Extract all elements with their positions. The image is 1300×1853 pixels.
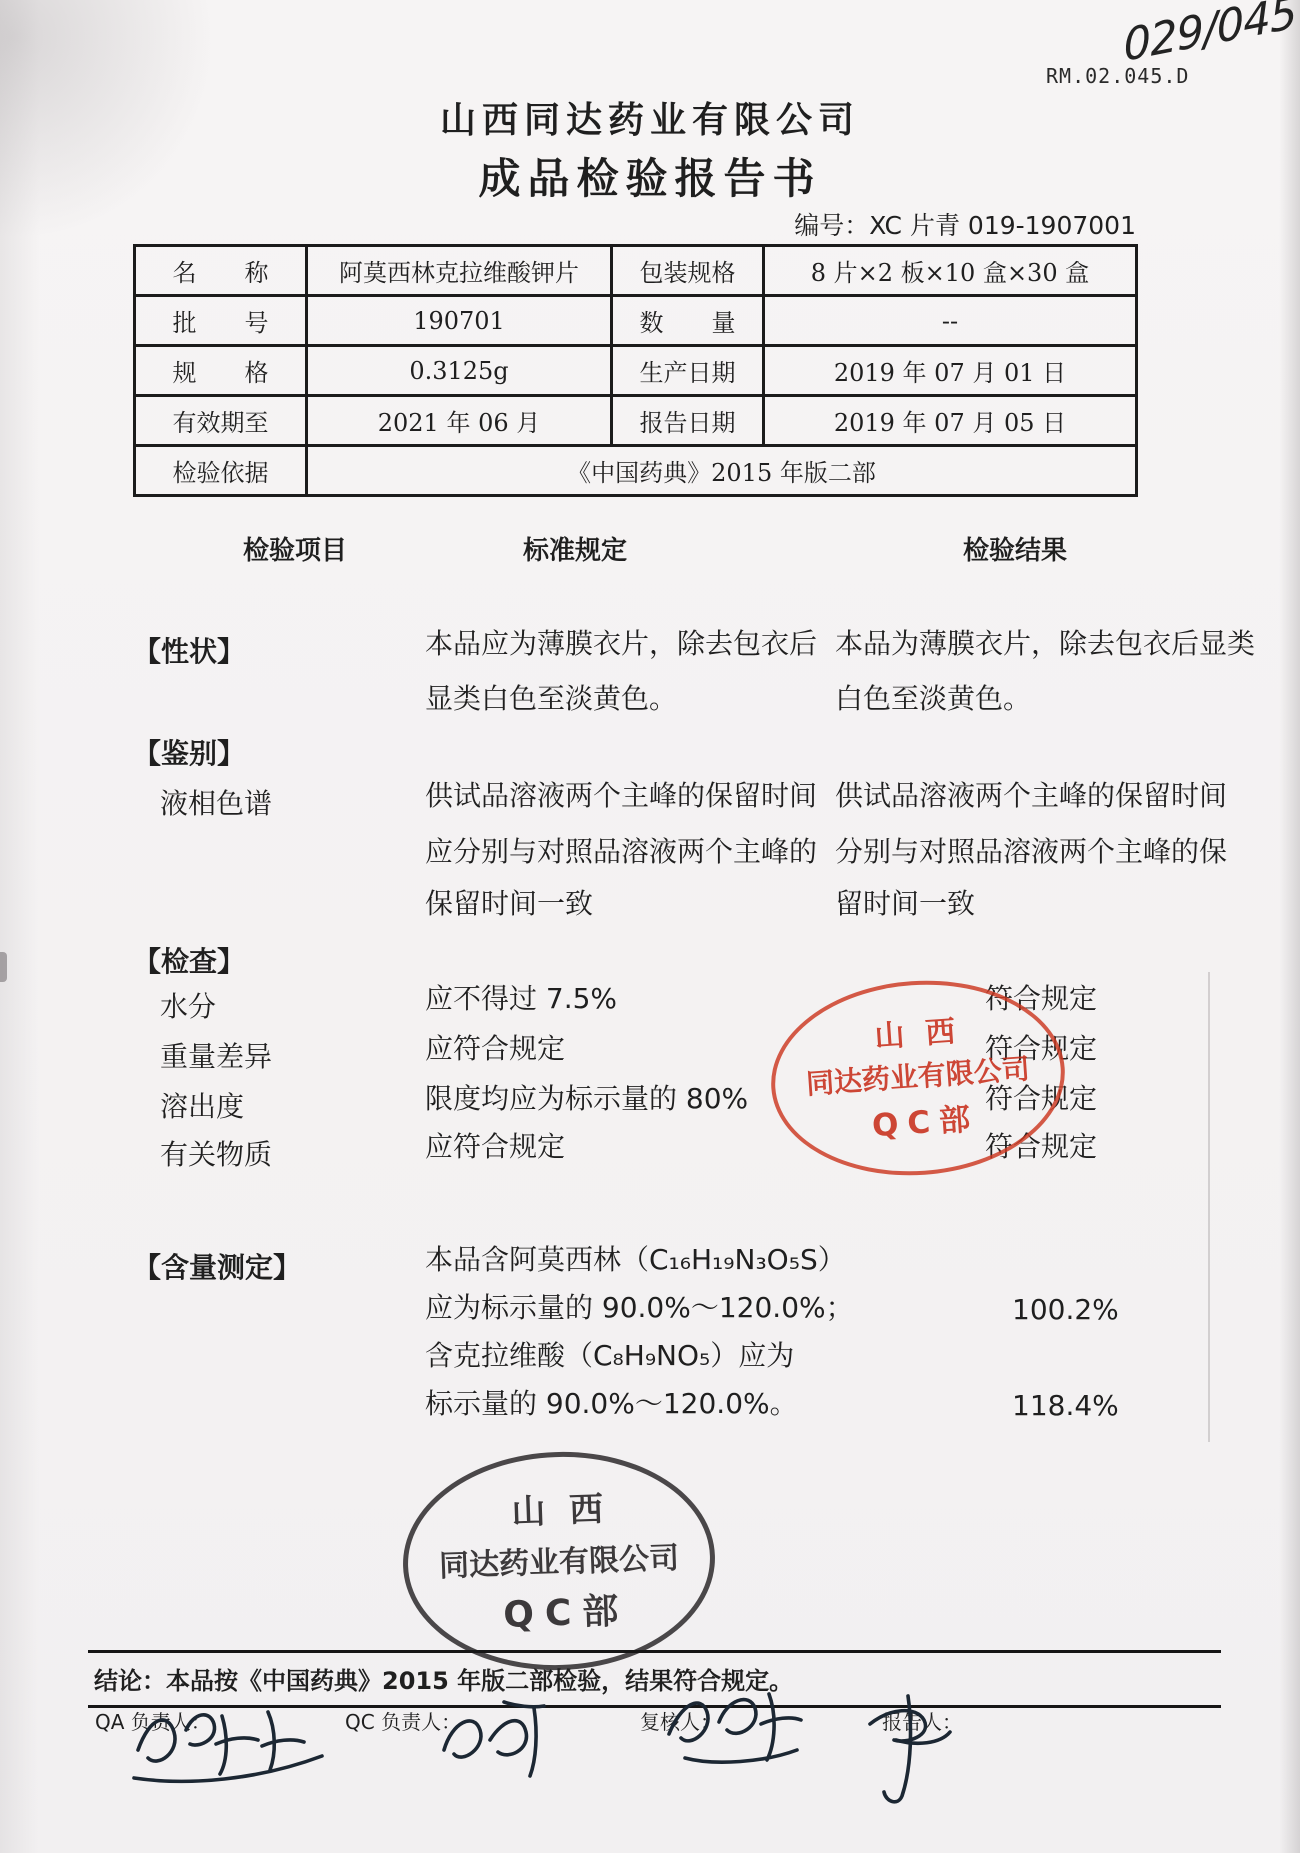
qc-stamp-black: 山 西 同达药业有限公司 QC部 [399, 1447, 718, 1676]
reviewer-signature [655, 1662, 805, 1772]
test-row: 有关物质 应符合规定 符合规定 [0, 1133, 1300, 1167]
pack-spec-label: 包装规格 [612, 246, 764, 296]
test-standard: 应符合规定 [425, 1035, 565, 1063]
section-appearance: 【性状】 [133, 630, 245, 670]
table-row: 规 格 0.3125g 生产日期 2019 年 07 月 01 日 [135, 346, 1137, 396]
appearance-standard-line: 显类白色至淡黄色。 [425, 685, 677, 713]
spec-value: 0.3125g [307, 346, 612, 396]
document-code: RM.02.045.D [1046, 64, 1189, 88]
qc-signature [432, 1688, 562, 1783]
identification-result-line: 分别与对照品溶液两个主峰的保 [835, 838, 1227, 866]
table-row: 有效期至 2021 年 06 月 报告日期 2019 年 07 月 05 日 [135, 396, 1137, 446]
production-date-label: 生产日期 [612, 346, 764, 396]
report-date-value: 2019 年 07 月 05 日 [764, 396, 1137, 446]
basis-value: 《中国药典》2015 年版二部 [307, 446, 1137, 496]
assay-result-amoxicillin: 100.2% [1012, 1296, 1119, 1324]
report-title: 成品检验报告书 [0, 146, 1300, 206]
test-item: 重量差异 [160, 1035, 272, 1075]
column-header-item: 检验项目 [205, 530, 385, 567]
scan-edge-mark [0, 952, 7, 982]
test-standard: 应不得过 7.5% [425, 985, 617, 1013]
column-header-standard: 标准规定 [480, 530, 670, 567]
table-row: 名 称 阿莫西林克拉维酸钾片 包装规格 8 片×2 板×10 盒×30 盒 [135, 246, 1137, 296]
production-date-value: 2019 年 07 月 01 日 [764, 346, 1137, 396]
quantity-label: 数 量 [612, 296, 764, 346]
assay-result-clavulanate: 118.4% [1012, 1392, 1119, 1420]
inspection-report-page: 029/045 RM.02.045.D 山西同达药业有限公司 成品检验报告书 编… [0, 0, 1300, 1853]
appearance-standard-line: 本品应为薄膜衣片，除去包衣后 [425, 630, 817, 658]
company-name: 山西同达药业有限公司 [0, 92, 1300, 143]
section-assay: 【含量测定】 [133, 1246, 301, 1286]
test-item: 有关物质 [160, 1133, 272, 1173]
batch-value: 190701 [307, 296, 612, 346]
identification-standard-line: 保留时间一致 [425, 890, 593, 918]
appearance-result-line: 本品为薄膜衣片，除去包衣后显类 [835, 630, 1255, 658]
assay-standard-line: 含克拉维酸（C₈H₉NO₅）应为 [425, 1342, 794, 1370]
basis-label: 检验依据 [135, 446, 307, 496]
section-identification: 【鉴别】 [133, 732, 245, 772]
quantity-value: -- [764, 296, 1137, 346]
column-header-result: 检验结果 [920, 530, 1110, 567]
name-label: 名 称 [135, 246, 307, 296]
handwritten-code: 029/045 [1122, 0, 1297, 72]
test-standard: 限度均应为标示量的 80% [425, 1085, 748, 1113]
test-row: 溶出度 限度均应为标示量的 80% 符合规定 [0, 1085, 1300, 1119]
appearance-result-line: 白色至淡黄色。 [835, 685, 1031, 713]
assay-standard-line: 标示量的 90.0%～120.0%。 [425, 1390, 798, 1418]
test-item: 溶出度 [160, 1085, 244, 1125]
identification-item: 液相色谱 [160, 782, 272, 822]
report-number: 编号：XC 片青 019-1907001 [700, 206, 1136, 242]
test-row: 水分 应不得过 7.5% 符合规定 [0, 985, 1300, 1019]
identification-result-line: 供试品溶液两个主峰的保留时间 [835, 782, 1227, 810]
batch-label: 批 号 [135, 296, 307, 346]
test-item: 水分 [160, 985, 216, 1025]
pack-spec-value: 8 片×2 板×10 盒×30 盒 [764, 246, 1137, 296]
expiry-value: 2021 年 06 月 [307, 396, 612, 446]
spec-label: 规 格 [135, 346, 307, 396]
product-info-table: 名 称 阿莫西林克拉维酸钾片 包装规格 8 片×2 板×10 盒×30 盒 批 … [133, 244, 1138, 497]
stamp-line-province: 山 西 [405, 1478, 709, 1538]
report-date-label: 报告日期 [612, 396, 764, 446]
section-tests: 【检查】 [133, 940, 245, 980]
name-value: 阿莫西林克拉维酸钾片 [307, 246, 612, 296]
qa-signature [128, 1686, 328, 1796]
assay-standard-line: 应为标示量的 90.0%～120.0%； [425, 1294, 854, 1322]
reporter-signature [852, 1682, 967, 1807]
expiry-label: 有效期至 [135, 396, 307, 446]
assay-standard-line: 本品含阿莫西林（C₁₆H₁₉N₃O₅S） [425, 1246, 846, 1274]
stamp-line-company: 同达药业有限公司 [407, 1532, 710, 1587]
test-row: 重量差异 应符合规定 符合规定 [0, 1035, 1300, 1069]
stamp-line-qc: QC部 [409, 1580, 713, 1642]
test-standard: 应符合规定 [425, 1133, 565, 1161]
identification-standard-line: 应分别与对照品溶液两个主峰的 [425, 838, 817, 866]
identification-standard-line: 供试品溶液两个主峰的保留时间 [425, 782, 817, 810]
table-row: 检验依据 《中国药典》2015 年版二部 [135, 446, 1137, 496]
table-row: 批 号 190701 数 量 -- [135, 296, 1137, 346]
identification-result-line: 留时间一致 [835, 890, 975, 918]
